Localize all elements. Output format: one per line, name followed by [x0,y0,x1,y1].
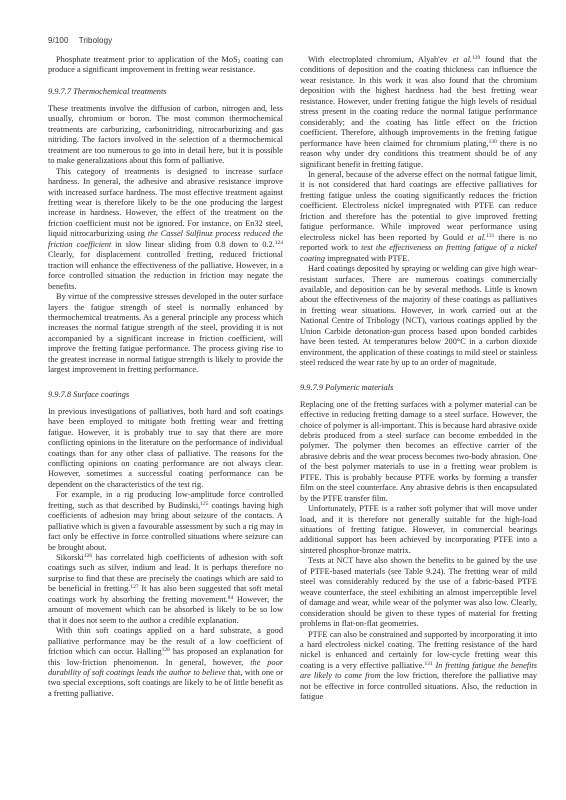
paragraph: Tests at NCT have also shown the benefit… [300,556,537,629]
paragraph: Hard coatings deposited by spraying or w… [300,264,537,369]
reference-marker: 131 [425,661,433,667]
section-heading-9-9-7-8: 9.9.7.8 Surface coatings [48,390,283,400]
paragraph: By virtue of the compressive stresses de… [48,292,283,376]
right-column: With electroplated chromium, Alyab'ev et… [300,55,537,703]
left-column: Phosphate treatment prior to application… [48,55,283,699]
paragraph: In general, because of the adverse effec… [300,170,537,264]
paragraph: Phosphate treatment prior to application… [48,55,283,76]
reference-marker: 125 [200,501,208,507]
paragraph: With electroplated chromium, Alyab'ev et… [300,55,537,170]
paragraph: This category of treatments is designed … [48,167,283,292]
page-number: 9/100 [48,36,69,45]
running-title: Tribology [79,36,113,45]
paragraph: For example, in a rig producing low-ampl… [48,490,283,553]
paragraph: PTFE can also be constrained and support… [300,630,537,703]
reference-marker: 130 [489,139,497,145]
paragraph: Unfortunately, PTFE is a rather soft pol… [300,504,537,556]
running-head: 9/100 Tribology [48,36,112,45]
reference-marker: 129 [472,55,480,61]
paragraph: Replacing one of the fretting surfaces w… [300,400,537,505]
section-heading-9-9-7-9: 9.9.7.9 Polymeric materials [300,383,537,393]
paragraph: In previous investigations of palliative… [48,407,283,491]
reference-marker: 124 [275,240,283,246]
paragraph: These treatments involve the diffusion o… [48,104,283,167]
paragraph: With thin soft coatings applied on a har… [48,626,283,699]
reference-marker: 126 [84,553,92,559]
reference-marker: 127 [130,584,138,590]
section-heading-9-9-7-7: 9.9.7.7 Thermochemical treatments [48,87,283,97]
reference-marker: 128 [162,647,170,653]
paragraph: Sikorski126 has correlated high coeffici… [48,553,283,626]
